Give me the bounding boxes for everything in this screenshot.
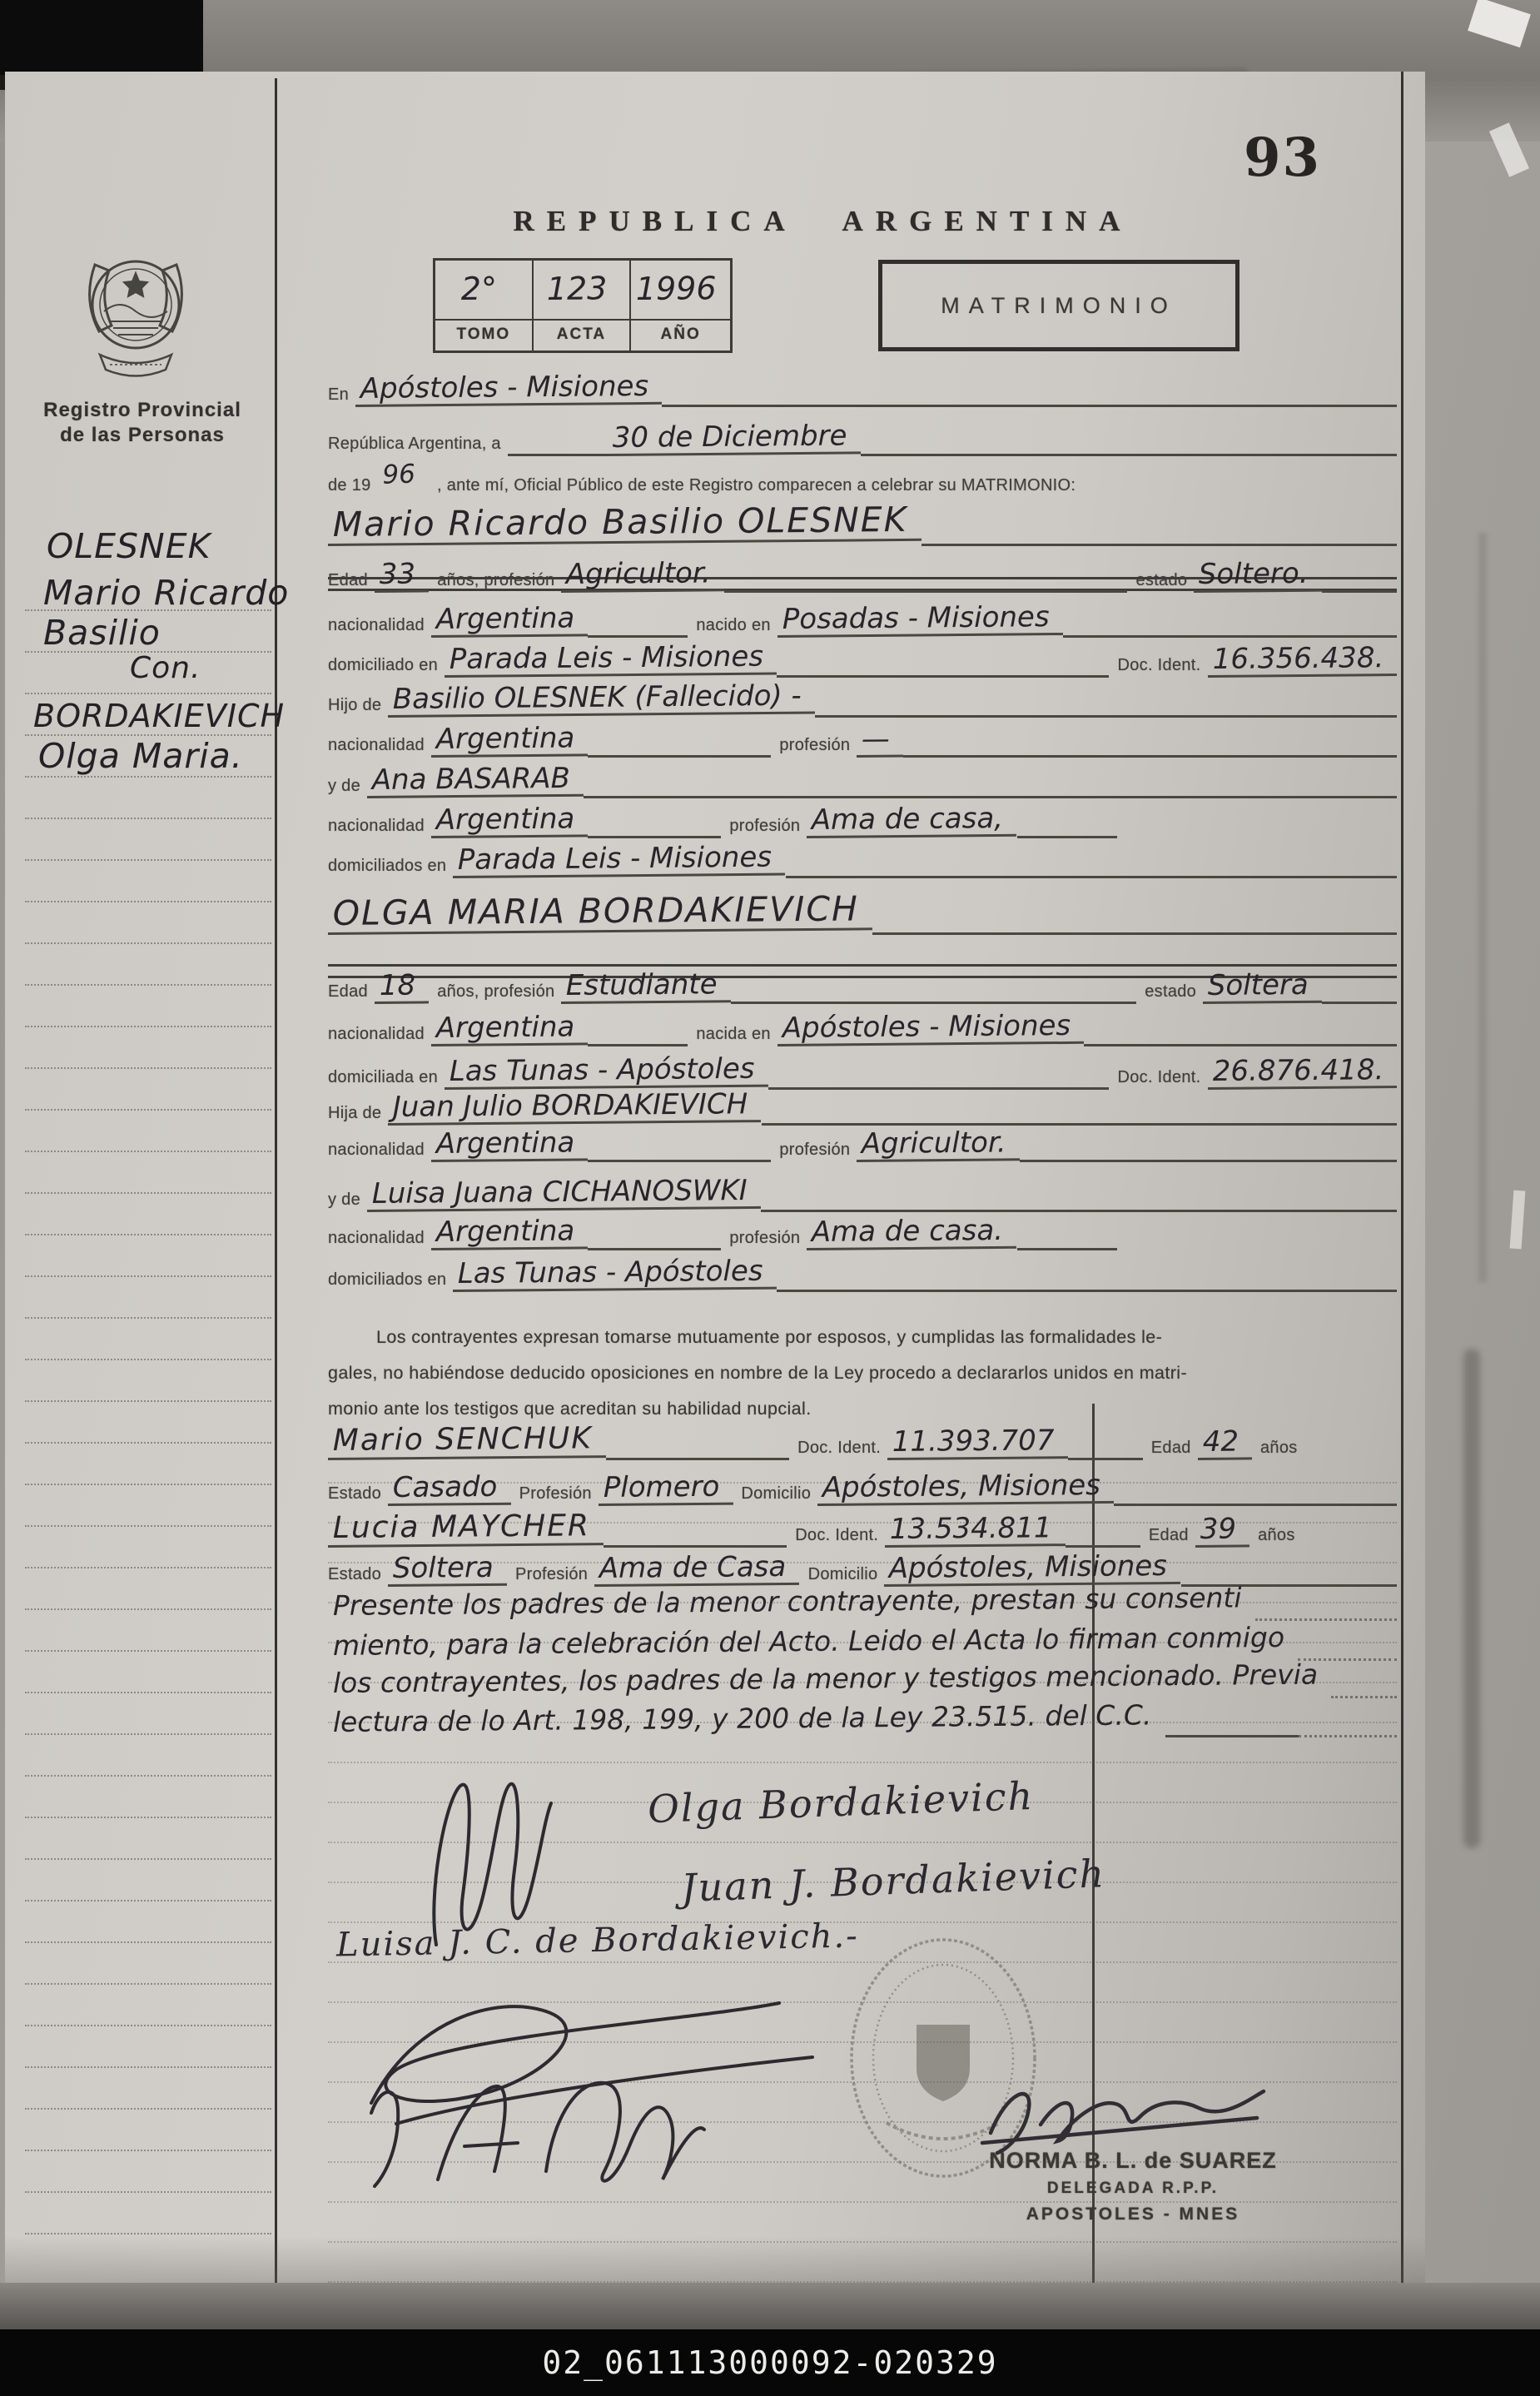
declaration-paragraph: Los contrayentes expresan tomarse mutuam…: [328, 1320, 1397, 1427]
fill-line: [786, 872, 1397, 878]
label-en: En: [328, 385, 355, 407]
scanner-code: 02_061113000092-020329: [542, 2344, 997, 2381]
ruled-line: [25, 901, 271, 902]
label-estado: estado: [1127, 571, 1194, 593]
label-estado-uc: Estado: [328, 1565, 388, 1587]
fill-line: [1331, 1692, 1397, 1698]
witness2-name-value: Lucia MAYCHER: [328, 1511, 604, 1548]
field-groom-edad: Edad 33 años, profesión Agricultor. esta…: [328, 560, 1397, 593]
fill-line: [1068, 1454, 1143, 1460]
fill-line: [1165, 1731, 1299, 1737]
groom-domicilio-value: Parada Leis - Misiones: [445, 643, 777, 678]
groom-mother-profession-value: Ama de casa,: [807, 804, 1017, 838]
fill-line: [588, 1244, 721, 1250]
field-groom-madre-nac: nacionalidad Argentina profesión Ama de …: [328, 806, 1397, 838]
scan-black-corner: [0, 0, 203, 80]
label-nacionalidad: nacionalidad: [328, 736, 431, 758]
ruled-line: [25, 2025, 271, 2026]
witness2-domicile-value: Apóstoles, Misiones: [884, 1552, 1180, 1587]
groom-mother-nationality-value: Argentina: [431, 804, 589, 838]
matrimonio-label: MATRIMONIO: [941, 293, 1176, 319]
label-domicilio: Domicilio: [800, 1565, 885, 1587]
groom-edad-value: 33: [375, 559, 430, 592]
fill-line: [872, 928, 1397, 935]
bride-father-profession-value: Agricultor.: [857, 1128, 1020, 1161]
label-domiciliado: domiciliado en: [328, 656, 445, 678]
margin-bride-names: Olga Maria.: [38, 736, 243, 776]
label-republica: República Argentina, a: [328, 435, 508, 456]
witness1-estado-value: Casado: [388, 1473, 511, 1506]
bride-name-value: OLGA MARIA BORDAKIEVICH: [328, 892, 872, 935]
ruled-line: [25, 1941, 271, 1943]
bride-mother-nationality-value: Argentina: [431, 1216, 589, 1250]
ruled-line: [25, 1858, 271, 1860]
field-witness2: Lucia MAYCHER Doc. Ident. 13.534.811 Eda…: [328, 1514, 1397, 1548]
field-bride-nacionalidad: nacionalidad Argentina nacida en Apóstol…: [328, 1014, 1397, 1046]
fill-line: [662, 400, 1397, 407]
groom-father-profession-value: —: [857, 725, 903, 758]
consent-line4: lectura de lo Art. 198, 199, y 200 de la…: [328, 1708, 1397, 1737]
scan-streak: [1463, 1349, 1480, 1848]
label-ante: , ante mí, Oficial Público de este Regis…: [429, 476, 1082, 498]
margin-groom-names2: Basilio: [43, 613, 161, 653]
fill-line: [1084, 1040, 1397, 1046]
consent-line2: miento, para la celebración del Acto. Le…: [328, 1632, 1397, 1661]
bride-mother-value: Luisa Juana CICHANOSWKI: [367, 1176, 761, 1212]
margin-rule: [275, 78, 277, 2303]
label-profesion: profesión: [721, 817, 807, 838]
ruled-line: [25, 1525, 271, 1527]
fill-line: [1017, 1244, 1117, 1250]
matrimonio-box: MATRIMONIO: [878, 260, 1239, 351]
ruled-line: [328, 2241, 1397, 2243]
day-month-value: 30 de Diciembre: [608, 421, 861, 455]
ruled-line: [25, 2108, 271, 2110]
label-nacionalidad: nacionalidad: [328, 616, 431, 638]
witness2-doc-value: 13.534.811: [885, 1514, 1066, 1548]
ruled-line: [25, 1900, 271, 1901]
witness1-edad-value: 42: [1197, 1427, 1252, 1459]
ruled-line: [25, 2150, 271, 2151]
field-bride-padres-dom: domiciliados en Las Tunas - Apóstoles: [328, 1260, 1397, 1292]
ruled-line: [25, 1151, 271, 1152]
fill-line: [768, 1083, 1110, 1090]
label-profesion: profesión: [771, 736, 857, 758]
ruled-line: [25, 1192, 271, 1194]
label-anos: años: [1249, 1526, 1302, 1548]
fill-line: [1299, 1731, 1397, 1737]
witness1-profession-value: Plomero: [598, 1473, 733, 1506]
ano-label: AÑO: [631, 321, 730, 349]
groom-doc-value: 16.356.438.: [1207, 644, 1397, 678]
label-domicilio: Domicilio: [733, 1484, 817, 1506]
label-profesion: profesión: [721, 1229, 807, 1250]
fill-line: [1322, 586, 1397, 593]
field-groom-name: Mario Ricardo Basilio OLESNEK: [328, 508, 1397, 546]
official-office-stamp: APOSTOLES - MNES: [979, 2205, 1287, 2225]
label-hijo-de: Hijo de: [328, 696, 388, 718]
father-signature: Juan J. Bordakievich: [680, 1851, 1106, 1911]
label-doc-ident: Doc. Ident.: [1109, 656, 1207, 678]
field-place: En Apóstoles - Misiones: [328, 375, 1397, 407]
label-nacionalidad: nacionalidad: [328, 817, 431, 838]
field-groom-domicilio: domiciliado en Parada Leis - Misiones Do…: [328, 645, 1397, 678]
fill-line: [777, 1285, 1397, 1292]
fill-line: [584, 792, 1397, 798]
field-bride-madre-nac: nacionalidad Argentina profesión Ama de …: [328, 1218, 1397, 1250]
bride-domicilio-value: Las Tunas - Apóstoles: [445, 1055, 768, 1090]
groom-birthplace-value: Posadas - Misiones: [777, 603, 1062, 638]
bride-parents-domicile-value: Las Tunas - Apóstoles: [453, 1257, 777, 1292]
field-bride-name: OLGA MARIA BORDAKIEVICH: [328, 897, 1397, 935]
groom-name-value: Mario Ricardo Basilio OLESNEK: [328, 503, 922, 546]
fill-line: [588, 1156, 771, 1162]
field-bride-padre-nac: nacionalidad Argentina profesión Agricul…: [328, 1130, 1397, 1162]
margin-groom-surname: OLESNEK: [47, 526, 211, 566]
registry-line1: Registro Provincial: [13, 398, 271, 423]
fill-line: [762, 1119, 1397, 1126]
fill-line: [1063, 631, 1397, 638]
declaration-line1: Los contrayentes expresan tomarse mutuam…: [328, 1320, 1397, 1355]
year-value: 96: [376, 461, 429, 490]
label-doc-ident: Doc. Ident.: [787, 1526, 885, 1548]
label-y-de: y de: [328, 777, 367, 798]
page-bottom-shadow: [0, 2283, 1540, 2329]
ruled-line: [25, 2233, 271, 2234]
label-anos-profesion: años, profesión: [429, 982, 561, 1004]
bride-signature: Olga Bordakievich: [647, 1773, 1035, 1832]
ruled-line: [25, 1234, 271, 1235]
field-groom-padre: Hijo de Basilio OLESNEK (Fallecido) -: [328, 685, 1397, 718]
scanner-code-band: 02_061113000092-020329: [0, 2329, 1540, 2396]
bride-birthplace-value: Apóstoles - Misiones: [777, 1012, 1084, 1046]
witness1-doc-value: 11.393.707: [887, 1426, 1068, 1460]
label-domiciliados: domiciliados en: [328, 1270, 453, 1292]
field-bride-domicilio: domiciliada en Las Tunas - Apóstoles Doc…: [328, 1057, 1397, 1090]
ruled-line: [25, 1775, 271, 1777]
ruled-line: [25, 2191, 271, 2193]
ruled-line: [25, 1692, 271, 1693]
tomo-acta-ano-box: 2° TOMO 123 ACTA 1996 AÑO: [433, 258, 733, 353]
field-date: República Argentina, a 30 de Diciembre: [328, 424, 1397, 456]
field-bride-edad: Edad 18 años, profesión Estudiante estad…: [328, 972, 1397, 1004]
witness1-domicile-value: Apóstoles, Misiones: [817, 1471, 1114, 1506]
ruled-line: [25, 1567, 271, 1568]
ruled-line: [25, 2066, 271, 2068]
fill-line: [777, 671, 1109, 678]
bride-edad-value: 18: [375, 971, 430, 1003]
acta-label: ACTA: [534, 321, 630, 349]
witness2-edad-value: 39: [1195, 1514, 1249, 1547]
witness2-profession-value: Ama de Casa: [594, 1553, 800, 1587]
consent-text: miento, para la celebración del Acto. Le…: [328, 1623, 1299, 1661]
label-anos-profesion: años, profesión: [429, 571, 561, 593]
bride-profesion-value: Estudiante: [561, 970, 731, 1003]
fill-line: [588, 631, 688, 638]
paper-speck: [1510, 1191, 1526, 1250]
field-witness1-detail: Estado Casado Profesión Plomero Domicili…: [328, 1474, 1397, 1506]
mother-signature: Luisa J. C. de Bordakievich.-: [336, 1917, 859, 1965]
groom-mother-value: Ana BASARAB: [367, 764, 584, 798]
label-doc-ident: Doc. Ident.: [1109, 1068, 1207, 1090]
document-title: REPUBLICA ARGENTINA: [328, 205, 1397, 238]
label-doc-ident: Doc. Ident.: [789, 1439, 887, 1460]
bride-doc-value: 26.876.418.: [1207, 1056, 1397, 1090]
ruled-line: [25, 942, 271, 944]
field-year: de 19 96 , ante mí, Oficial Público de e…: [328, 470, 1397, 498]
fill-line: [1017, 832, 1117, 838]
bride-father-nationality-value: Argentina: [431, 1128, 589, 1161]
consent-line3: los contrayentes, los padres de la menor…: [328, 1669, 1397, 1698]
fill-line: [1114, 1499, 1397, 1506]
consent-text: lectura de lo Art. 198, 199, y 200 de la…: [328, 1701, 1165, 1737]
page-number: 93: [1244, 127, 1321, 189]
bride-mother-profession-value: Ama de casa.: [807, 1216, 1017, 1250]
scan-streak: [1478, 533, 1487, 1282]
consent-line1: Presente los padres de la menor contraye…: [328, 1592, 1397, 1621]
label-edad: Edad: [328, 571, 375, 593]
acta-column: 123 ACTA: [534, 261, 632, 350]
label-edad: Edad: [1140, 1526, 1195, 1548]
margin-groom-names: Mario Ricardo: [43, 573, 289, 613]
label-domiciliados: domiciliados en: [328, 857, 453, 878]
fill-line: [731, 997, 1136, 1004]
right-page-rule: [1401, 72, 1403, 2311]
bride-father-value: Juan Julio BORDAKIEVICH: [388, 1090, 762, 1126]
ruled-line: [25, 1817, 271, 1818]
ruled-line: [25, 1442, 271, 1444]
groom-profesion-value: Agricultor.: [561, 559, 724, 592]
consent-text: Presente los padres de la menor contraye…: [328, 1583, 1255, 1620]
official-role-stamp: DELEGADA R.P.P.: [996, 2180, 1270, 2198]
label-edad: Edad: [328, 982, 375, 1004]
margin-con: Con.: [130, 651, 201, 685]
ruled-line: [25, 1400, 271, 1402]
ruled-line: [25, 1275, 271, 1277]
ruled-line: [25, 1484, 271, 1485]
registry-line2: de las Personas: [13, 423, 271, 448]
fill-line: [508, 450, 608, 456]
bride-nacionalidad-value: Argentina: [431, 1012, 589, 1046]
official-name-stamp: NORMA B. L. de SUAREZ: [937, 2148, 1329, 2174]
ruled-line: [25, 984, 271, 986]
label-hija-de: Hija de: [328, 1104, 388, 1126]
fill-line: [588, 832, 721, 838]
fill-line: [922, 539, 1397, 546]
ruled-line: [25, 1109, 271, 1111]
ruled-line: [25, 1650, 271, 1652]
field-groom-padre-nac: nacionalidad Argentina profesión —: [328, 725, 1397, 758]
tomo-value: 2°: [456, 273, 511, 306]
label-profesion: profesión: [771, 1141, 857, 1162]
ruled-line: [25, 1733, 271, 1735]
ruled-line: [25, 1983, 271, 1985]
fill-line: [1020, 1156, 1397, 1162]
fill-line: [1255, 1614, 1397, 1621]
groom-father-nationality-value: Argentina: [431, 723, 589, 757]
witness2-signature-scribble: [355, 2063, 713, 2205]
official-signature-scribble: [974, 2066, 1274, 2158]
label-domiciliada: domiciliada en: [328, 1068, 445, 1090]
declaration-line2: gales, no habiéndose deducido oposicione…: [328, 1355, 1397, 1391]
label-estado: estado: [1136, 982, 1203, 1004]
field-witness1: Mario SENCHUK Doc. Ident. 11.393.707 Eda…: [328, 1426, 1397, 1460]
place-value: Apóstoles - Misiones: [355, 372, 663, 407]
tomo-label: TOMO: [435, 321, 532, 349]
fill-line: [815, 711, 1397, 718]
field-groom-nacionalidad: nacionalidad Argentina nacido en Posadas…: [328, 605, 1397, 638]
ruled-line: [25, 1317, 271, 1319]
groom-nacionalidad-value: Argentina: [431, 604, 589, 637]
fill-line: [588, 1040, 688, 1046]
label-profesion-uc: Profesión: [507, 1565, 594, 1587]
label-edad: Edad: [1143, 1439, 1198, 1460]
field-bride-padre: Hija de Juan Julio BORDAKIEVICH: [328, 1093, 1397, 1126]
label-profesion-uc: Profesión: [511, 1484, 599, 1506]
label-y-de: y de: [328, 1191, 367, 1212]
fill-line: [903, 751, 1397, 758]
groom-estado-value: Soltero.: [1194, 559, 1322, 593]
fill-line: [588, 751, 771, 758]
label-de19: de 19: [328, 476, 378, 498]
field-groom-padres-dom: domiciliados en Parada Leis - Misiones: [328, 846, 1397, 878]
groom-father-value: Basilio OLESNEK (Fallecido) -: [388, 682, 815, 718]
label-estado-uc: Estado: [328, 1484, 388, 1506]
ano-column: 1996 AÑO: [631, 261, 730, 350]
ruled-line: [25, 1608, 271, 1610]
witness2-estado-value: Soltera: [388, 1553, 507, 1587]
fill-line: [761, 1205, 1397, 1212]
margin-bride-surname: BORDAKIEVICH: [33, 698, 285, 734]
registry-name: Registro Provincial de las Personas: [13, 398, 271, 448]
fill-line: [724, 586, 1127, 593]
misiones-coat-of-arms-icon: [77, 241, 195, 391]
ruled-line: [328, 1762, 1397, 1763]
ruled-line: [25, 1067, 271, 1069]
scanned-document: 93 REPUBLICA ARGENTINA 2° TOMO 123 ACTA …: [0, 0, 1540, 2396]
label-nacionalidad: nacionalidad: [328, 1025, 431, 1046]
bride-estado-value: Soltera: [1203, 971, 1322, 1004]
ano-value: 1996: [631, 272, 730, 306]
witness1-name-value: Mario SENCHUK: [328, 1424, 606, 1460]
groom-parents-domicile-value: Parada Leis - Misiones: [453, 843, 786, 878]
label-nacido-en: nacido en: [688, 616, 777, 638]
certificate-page: 93 REPUBLICA ARGENTINA 2° TOMO 123 ACTA …: [5, 72, 1425, 2311]
ruled-line: [25, 693, 271, 694]
label-nacionalidad: nacionalidad: [328, 1229, 431, 1250]
ruled-line: [25, 776, 271, 778]
fill-line: [1322, 997, 1397, 1004]
ruled-line: [25, 818, 271, 819]
fill-line: [861, 450, 1397, 456]
field-bride-madre: y de Luisa Juana CICHANOSWKI: [328, 1180, 1397, 1212]
label-nacionalidad: nacionalidad: [328, 1141, 431, 1162]
label-anos: años: [1252, 1439, 1304, 1460]
label-nacida-en: nacida en: [688, 1025, 777, 1046]
tomo-column: 2° TOMO: [435, 261, 534, 350]
fill-line: [606, 1454, 789, 1460]
ruled-line: [25, 1026, 271, 1027]
acta-value: 123: [542, 272, 621, 306]
ruled-line: [25, 1359, 271, 1360]
fill-line: [1066, 1541, 1140, 1548]
fill-line: [604, 1541, 787, 1548]
consent-text: los contrayentes, los padres de la menor…: [328, 1660, 1332, 1698]
ruled-line: [25, 859, 271, 861]
field-groom-madre: y de Ana BASARAB: [328, 766, 1397, 798]
